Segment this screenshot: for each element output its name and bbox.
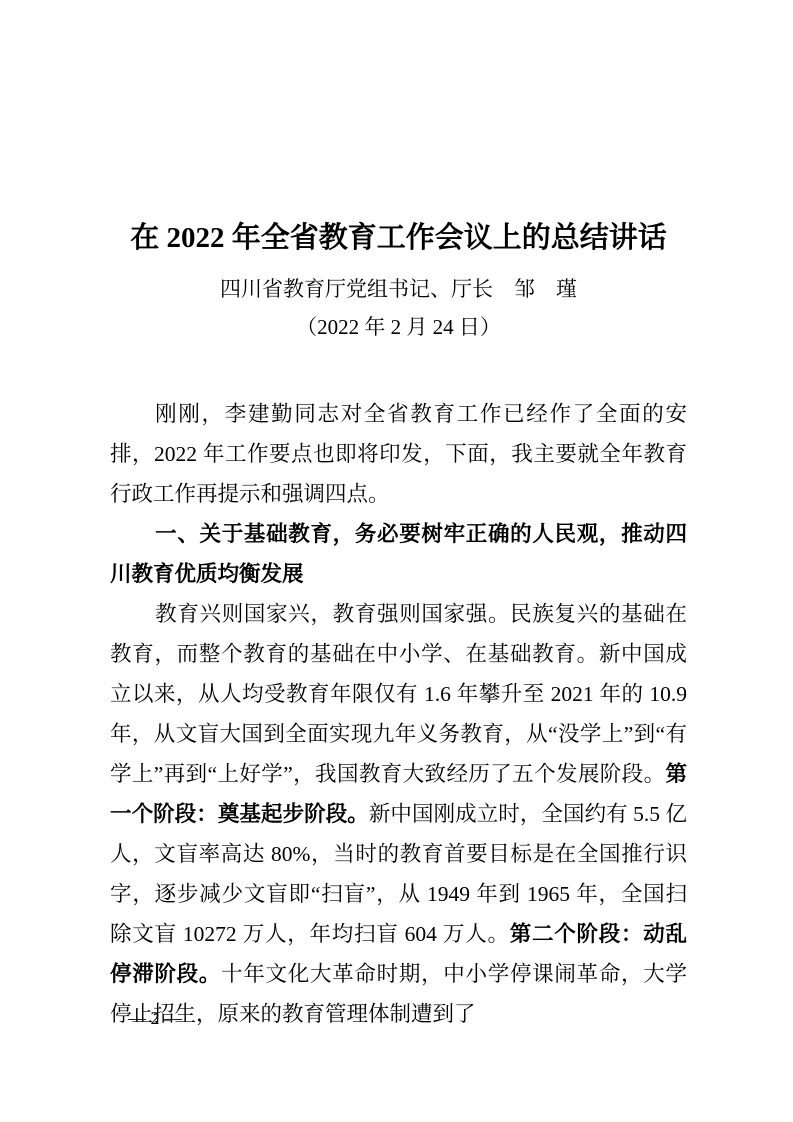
document-body: 刚刚，李建勤同志对全省教育工作已经作了全面的安排，2022 年工作要点也即将印发… [110,394,687,1034]
dateline: （2022 年 2 月 24 日） [110,314,687,340]
section-heading: 一、关于基础教育，务必要树牢正确的人民观，推动四川教育优质均衡发展 [110,514,687,594]
document-page: 在 2022 年全省教育工作会议上的总结讲话 四川省教育厅党组书记、厅长 邹 瑾… [0,0,793,1122]
body-text-run: 教育兴则国家兴，教育强则国家强。民族复兴的基础在教育，而整个教育的基础在中小学、… [110,602,687,786]
paragraph: 教育兴则国家兴，教育强则国家强。民族复兴的基础在教育，而整个教育的基础在中小学、… [110,594,687,1034]
document-title: 在 2022 年全省教育工作会议上的总结讲话 [110,220,687,256]
byline: 四川省教育厅党组书记、厅长 邹 瑾 [110,276,687,302]
paragraph: 刚刚，李建勤同志对全省教育工作已经作了全面的安排，2022 年工作要点也即将印发… [110,394,687,514]
emphasis-text: 一、关于基础教育，务必要树牢正确的人民观，推动四川教育优质均衡发展 [110,522,687,586]
page-number: — 2 — [128,1006,182,1030]
document-content: 在 2022 年全省教育工作会议上的总结讲话 四川省教育厅党组书记、厅长 邹 瑾… [110,0,687,1034]
body-text-run: 刚刚，李建勤同志对全省教育工作已经作了全面的安排，2022 年工作要点也即将印发… [110,402,687,506]
